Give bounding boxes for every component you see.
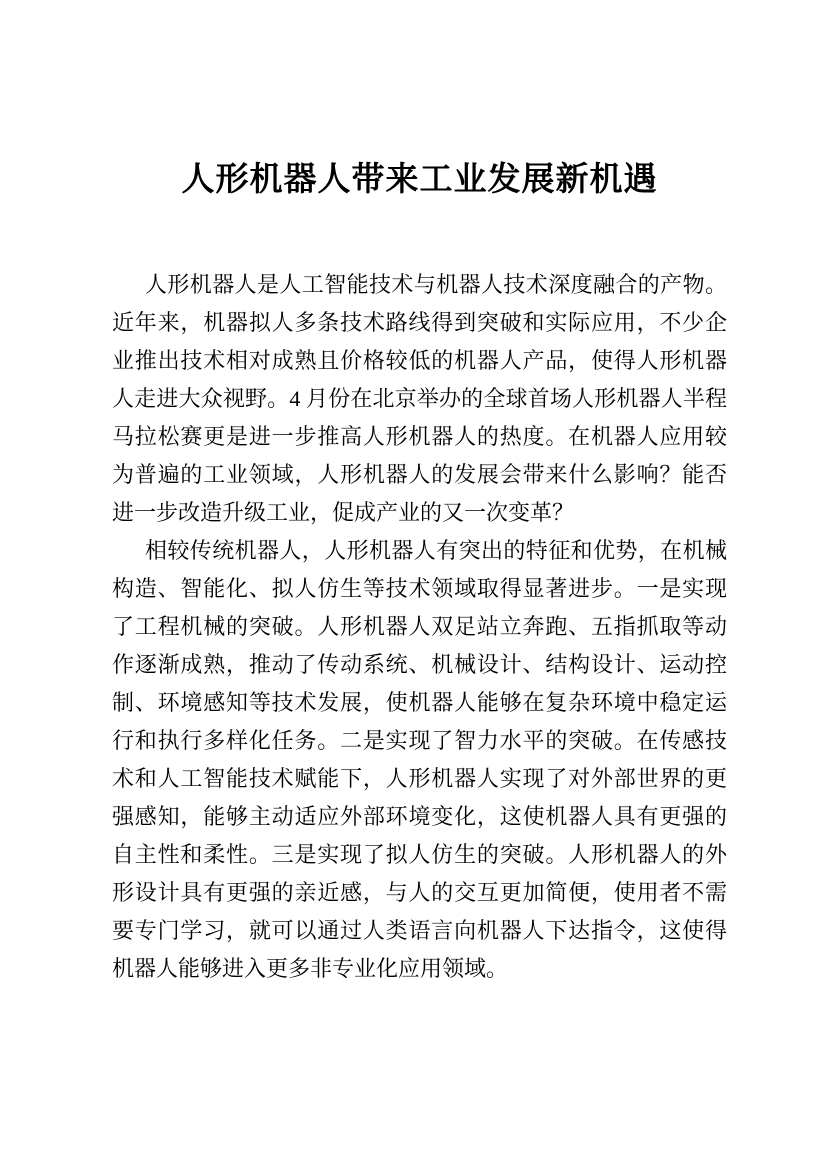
document-title: 人形机器人带来工业发展新机遇 (112, 158, 727, 202)
paragraph-1: 人形机器人是人工智能技术与机器人技术深度融合的产物。近年来，机器拟人多条技术路线… (112, 266, 727, 532)
paragraph-2: 相较传统机器人，人形机器人有突出的特征和优势，在机械构造、智能化、拟人仿生等技术… (112, 532, 727, 988)
document-page: 人形机器人带来工业发展新机遇 人形机器人是人工智能技术与机器人技术深度融合的产物… (0, 0, 826, 1169)
